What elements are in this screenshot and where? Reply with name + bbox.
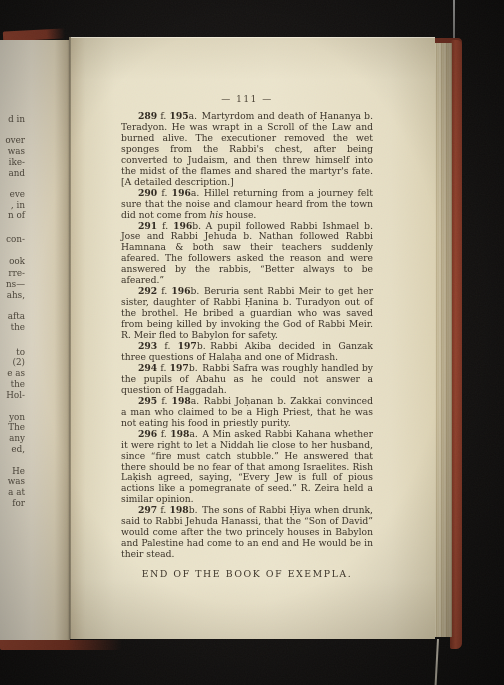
catalog-entry: 297 f. 198b. The sons of Rabbi Ḥiya when… <box>121 506 373 561</box>
facing-page-text-fragment: eve <box>10 191 25 200</box>
facing-page-text-fragment: The <box>8 424 25 433</box>
facing-page-text-fragment: , in <box>11 202 25 211</box>
facing-page-text-fragment: n of <box>8 212 25 221</box>
facing-page-text-fragment: ns— <box>6 281 25 290</box>
facing-page-text-fragment: ike- <box>9 159 25 168</box>
facing-page-fragments: d inoverwasike-andeve, inn ofcon-ookrre-… <box>0 0 28 640</box>
facing-page-text-fragment: rre- <box>8 270 25 279</box>
catalog-entry: 289 f. 195a. Martyrdom and death of Ḥana… <box>121 112 373 189</box>
facing-page-text-fragment: He <box>12 468 25 477</box>
catalog-entry: 290 f. 196a. Hillel returning from a jou… <box>121 189 373 222</box>
hanging-string-bottom-icon <box>434 639 439 685</box>
facing-page-text-fragment: ed, <box>11 446 25 455</box>
facing-page-text-fragment: a at <box>8 489 25 498</box>
catalog-entry: 296 f. 198a. A Min asked Rabbi Kahana wh… <box>121 430 373 507</box>
facing-page-text-fragment: and <box>8 170 25 179</box>
facing-page-text-fragment: d in <box>8 116 25 125</box>
facing-page-text-fragment: the <box>11 324 25 333</box>
facing-page-text-fragment: ahs, <box>7 292 25 301</box>
entries-list: 289 f. 195a. Martyrdom and death of Ḥana… <box>121 112 373 581</box>
page-number: — 111 — <box>121 95 373 105</box>
facing-page-text-fragment: for <box>12 500 25 509</box>
facing-page-text-fragment: ook <box>9 258 25 267</box>
facing-page-text-fragment: afta <box>8 313 25 322</box>
page-edges-stack <box>434 43 452 637</box>
catalog-entry: 291 f. 196b. A pupil followed Rabbi Ishm… <box>121 222 373 288</box>
facing-page-text-fragment: any <box>9 435 25 444</box>
end-of-book-caption: END OF THE BOOK OF EXEMPLA. <box>121 570 373 581</box>
facing-page-text-fragment: con- <box>6 236 25 245</box>
facing-page-text-fragment: e as <box>7 370 25 379</box>
facing-page-text-fragment: was <box>8 478 25 487</box>
facing-page-text-fragment: was <box>8 148 25 157</box>
catalog-entry: 292 f. 196b. Beruria sent Rabbi Meir to … <box>121 287 373 342</box>
catalog-entry: 293 f. 197b. Rabbi Akiba decided in Ganz… <box>121 342 373 364</box>
facing-page-text-fragment: (2) <box>13 359 25 368</box>
facing-page-text-fragment: yon <box>9 414 25 423</box>
facing-page-text-fragment: Hol- <box>6 392 25 401</box>
facing-page-text-fragment: over <box>5 137 25 146</box>
book-photo: d inoverwasike-andeve, inn ofcon-ookrre-… <box>0 0 504 685</box>
book-cover-bottom-left-edge <box>0 640 122 650</box>
facing-page-text-fragment: the <box>11 381 25 390</box>
facing-page-text-fragment: to <box>16 349 25 358</box>
catalog-entry: 295 f. 198a. Rabbi Joḥanan b. Zakkai con… <box>121 397 373 430</box>
catalog-entry: 294 f. 197b. Rabbi Safra was roughly han… <box>121 364 373 397</box>
